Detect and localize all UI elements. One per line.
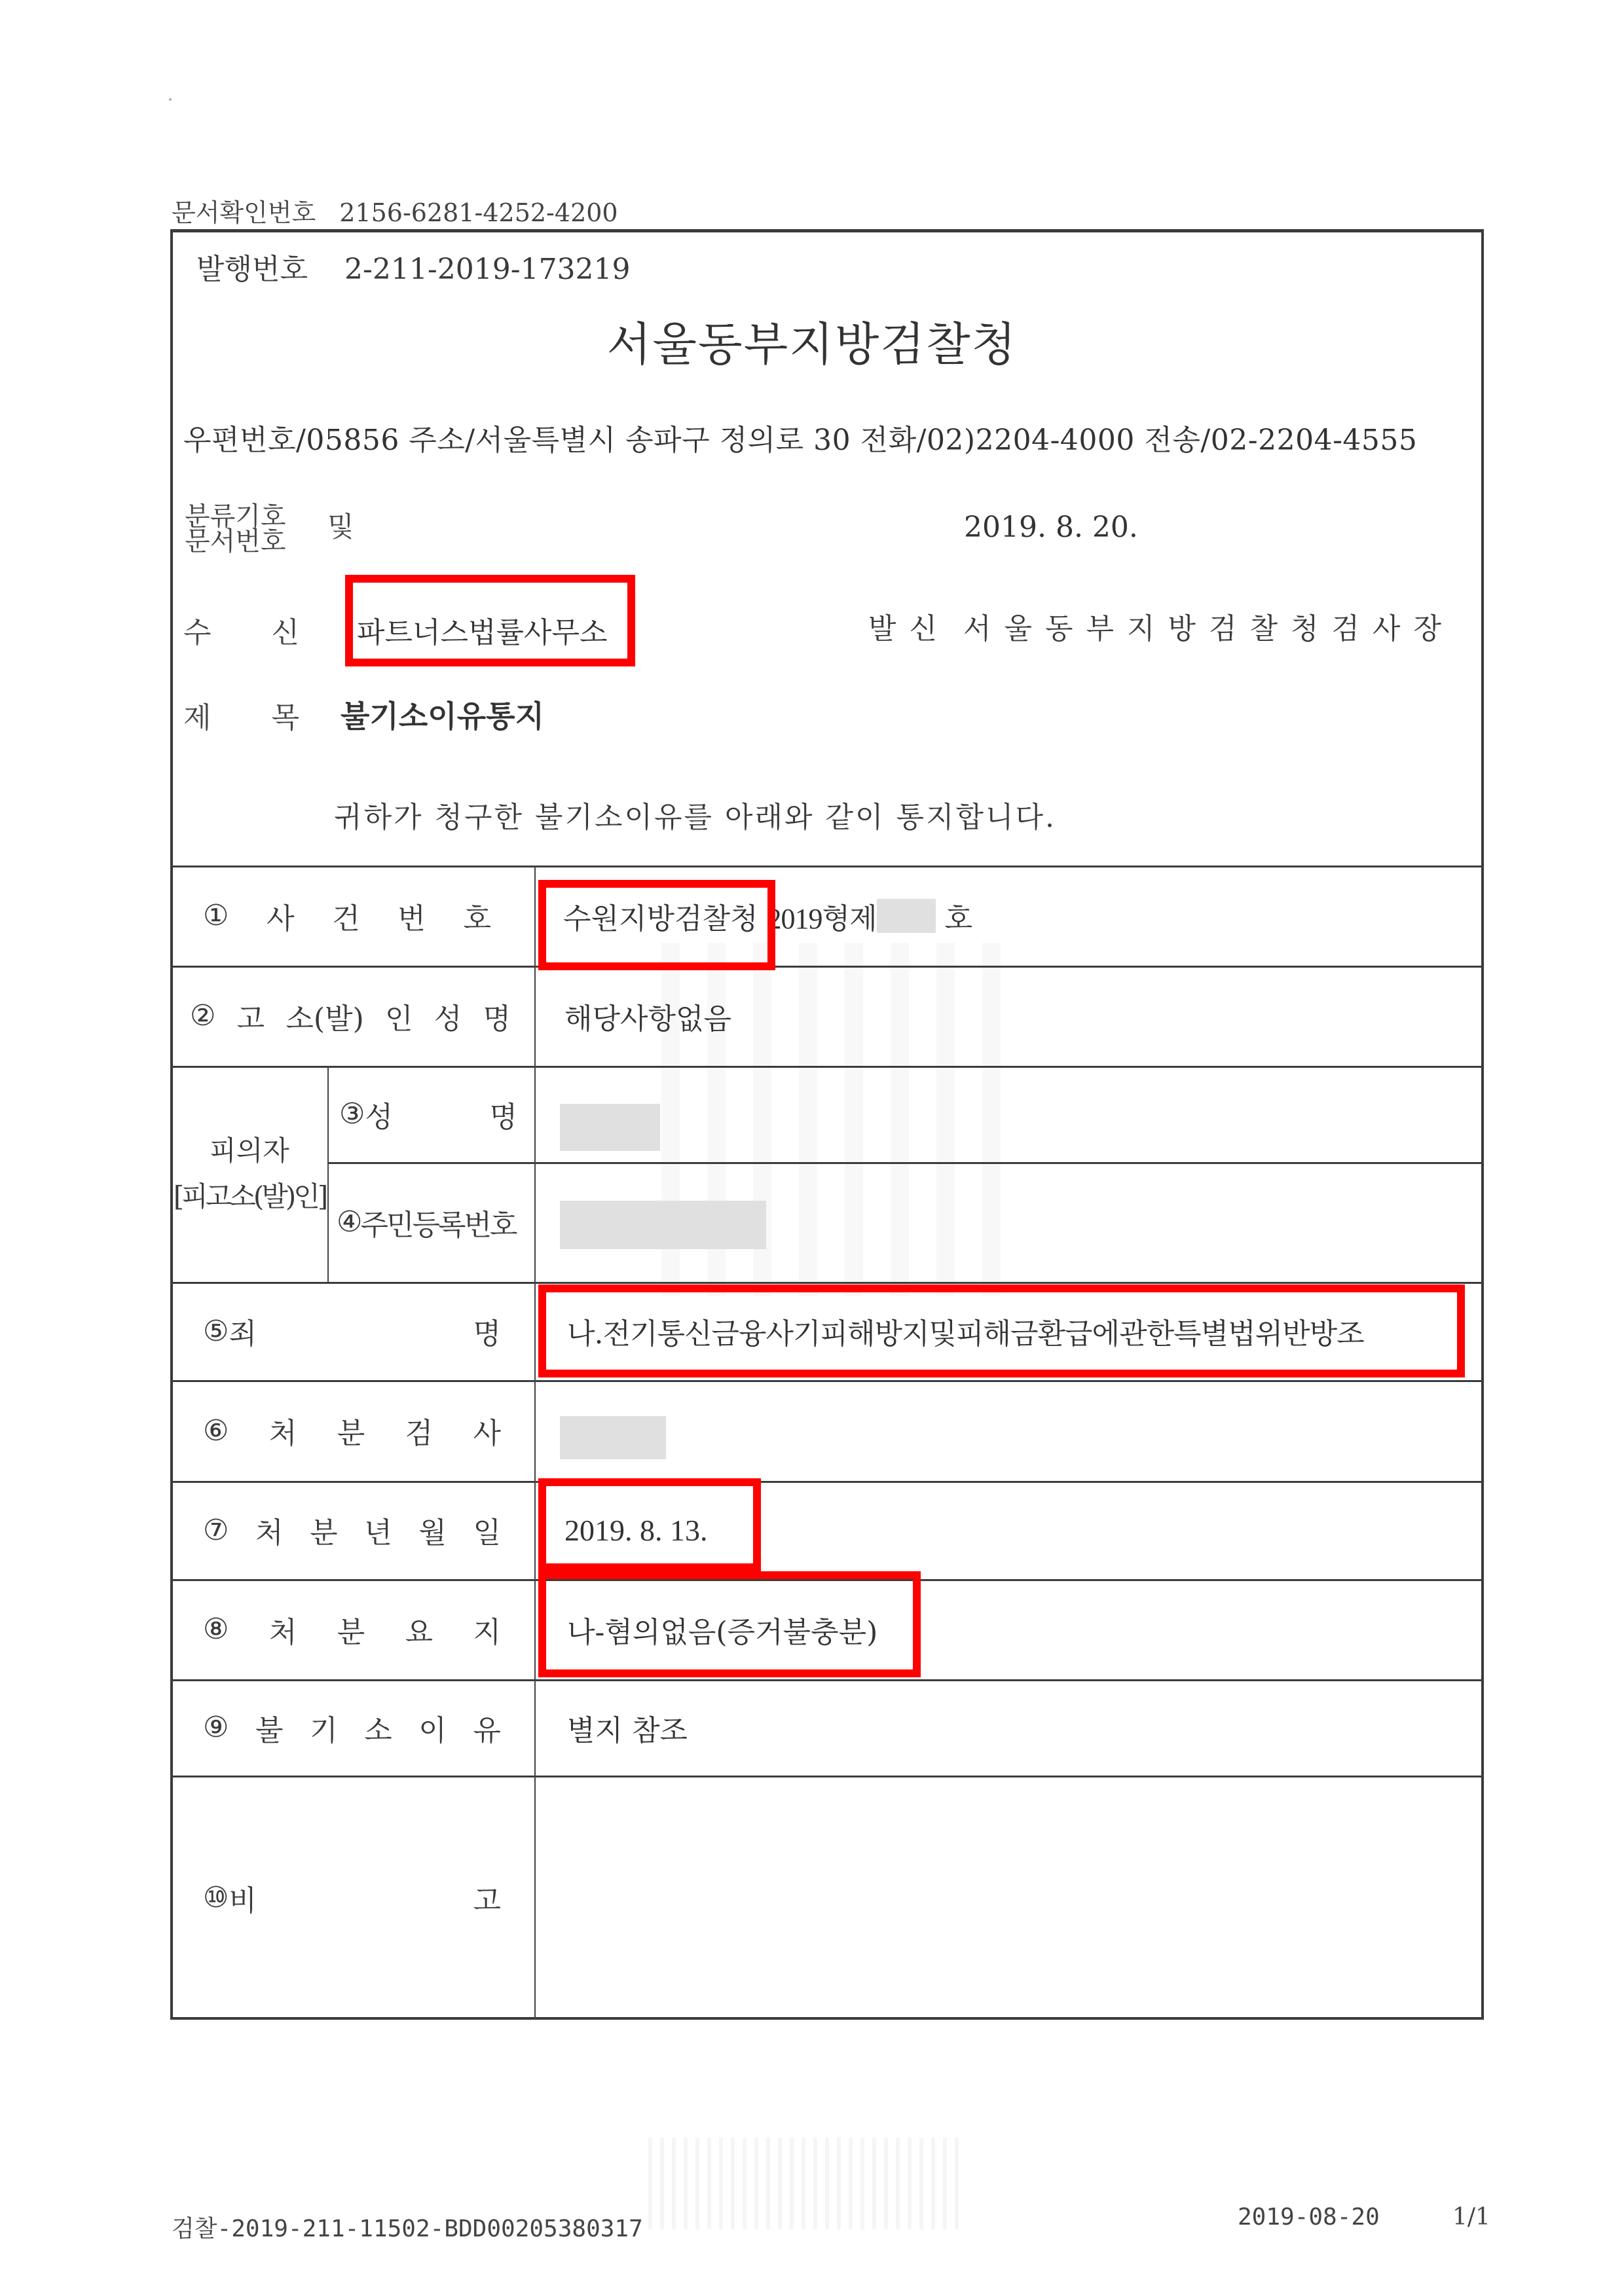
label-char: 불: [255, 1707, 284, 1749]
redacted-resident-number: [560, 1201, 766, 1249]
label-char: 분: [310, 1509, 338, 1551]
recipient-label: 수신: [183, 609, 299, 651]
label-char: 기: [310, 1707, 338, 1749]
sender-value: 서울동부지방검찰청검사장: [963, 612, 1454, 646]
label-char: 년: [364, 1509, 392, 1551]
subject-label-a: 제: [183, 701, 212, 735]
label-char: 분: [337, 1609, 365, 1650]
confirm-number: 2156-6281-4252-4200: [339, 198, 618, 227]
footer-page-number: 1/1: [1452, 2204, 1490, 2231]
label-char: 월: [418, 1509, 447, 1551]
redacted-prosecutor-name: [560, 1416, 666, 1459]
label-char: 호: [463, 895, 491, 937]
highlight-box-charge: [538, 1285, 1465, 1377]
label-char: 주민등록번호: [360, 1201, 515, 1243]
label-suspect-name: ③ 성 명: [339, 1066, 517, 1162]
label-char: 지: [473, 1609, 501, 1650]
label-char: 성: [434, 995, 462, 1037]
circled-number: ⑨: [203, 1711, 229, 1744]
highlight-box-date: [538, 1478, 761, 1571]
value-non-prosecution-reason: 별지 참조: [567, 1679, 688, 1776]
issue-number: 2-211-2019-173219: [344, 253, 631, 286]
sender-label: 발신: [868, 612, 950, 646]
footer-print-date: 2019-08-20: [1238, 2204, 1380, 2231]
circled-number: ②: [190, 999, 215, 1032]
suspect-label: 피의자: [210, 1128, 289, 1174]
highlight-box-recipient: [345, 575, 635, 666]
label-char: 명: [489, 1093, 517, 1135]
classification-and: 및: [327, 505, 354, 545]
subject-label: 제목: [183, 694, 299, 736]
subject-value: 불기소이유통지: [341, 693, 544, 736]
label-non-prosecution-reason: ⑨ 불 기 소 이 유: [203, 1679, 501, 1776]
recipient-label-a: 수: [183, 616, 212, 649]
label-char: 일: [473, 1509, 501, 1551]
circled-number: ⑦: [203, 1514, 229, 1547]
label-char: 죄: [229, 1310, 257, 1352]
label-char: 처: [255, 1509, 284, 1551]
label-char: 비: [229, 1877, 257, 1919]
highlight-box-disposition: [538, 1571, 921, 1677]
label-char: 사: [267, 895, 295, 937]
suspect-group-divider: [327, 1066, 329, 1282]
classification-label: 분류기호 문서번호: [185, 504, 286, 554]
label-char: 이: [418, 1707, 447, 1749]
circled-number: ⑤: [203, 1315, 229, 1348]
label-column-divider: [534, 866, 536, 2020]
subject-label-b: 목: [272, 701, 300, 735]
recipient-label-b: 신: [272, 616, 300, 649]
highlight-box-case-office: [538, 880, 775, 970]
label-resident-number: ④ 주민등록번호: [337, 1162, 533, 1282]
label-charge: ⑤ 죄 명: [203, 1282, 501, 1380]
suspect-group-label: 피의자 [피고소(발)인]: [172, 1066, 327, 1282]
circled-number: ⑧: [203, 1613, 229, 1646]
circled-number: ①: [203, 899, 229, 932]
label-disposition-summary: ⑧ 처 분 요 지: [203, 1579, 501, 1679]
document-date: 2019. 8. 20.: [964, 511, 1138, 544]
footer-document-code: 검찰-2019-211-11502-BDD00205380317: [172, 2210, 643, 2244]
label-char: 번: [397, 895, 426, 937]
label-char: 유: [473, 1707, 501, 1749]
label-disposition-date: ⑦ 처 분 년 월 일: [203, 1481, 501, 1579]
label-char: 처: [269, 1410, 297, 1451]
label-char: 성: [365, 1093, 393, 1135]
circled-number: ④: [337, 1205, 360, 1239]
label-prosecutor: ⑥ 처 분 검 사: [203, 1380, 501, 1481]
label-char: 명: [473, 1310, 501, 1352]
label-char: 소: [364, 1707, 392, 1749]
label-char: 건: [332, 895, 360, 937]
label-char: 소(발): [286, 995, 363, 1037]
redacted-case-number: [877, 899, 936, 933]
accused-label: [피고소(발)인]: [174, 1174, 325, 1220]
value-complainant-name: 해당사항없음: [564, 966, 731, 1066]
agency-title: 서울동부지방검찰청: [0, 308, 1624, 374]
circled-number: ⑥: [203, 1414, 229, 1448]
sender-line: 발신서울동부지방검찰청검사장: [868, 605, 1454, 647]
redacted-suspect-name: [560, 1104, 660, 1151]
circled-number: ⑩: [203, 1881, 229, 1914]
classification-label-line2: 문서번호: [185, 529, 286, 554]
label-char: 처: [269, 1609, 297, 1650]
watermark-seal: [648, 2138, 963, 2229]
intro-sentence: 귀하가 청구한 불기소이유를 아래와 같이 통지합니다.: [334, 793, 1056, 835]
confirm-label: 문서확인번호: [172, 198, 316, 227]
issue-number-line: 발행번호2-211-2019-173219: [196, 246, 631, 287]
case-number-suffix: 호: [945, 895, 973, 937]
label-char: 고: [237, 995, 265, 1037]
label-char: 인: [385, 995, 413, 1037]
label-complainant-name: ② 고 소(발) 인 성 명: [190, 966, 511, 1066]
label-char: 요: [405, 1609, 434, 1650]
label-char: 사: [473, 1410, 501, 1451]
label-char: 검: [405, 1410, 434, 1451]
label-char: 고: [473, 1877, 501, 1919]
case-number-text: 2019형제: [767, 895, 877, 937]
scan-speck: [169, 98, 172, 101]
document-confirmation-number: 문서확인번호2156-6281-4252-4200: [172, 192, 618, 228]
address-line: 우편번호/05856 주소/서울특별시 송파구 정의로 30 전화/02)220…: [183, 416, 1417, 458]
label-char: 명: [483, 995, 511, 1037]
label-char: 분: [337, 1410, 365, 1451]
label-remarks: ⑩ 비 고: [203, 1776, 501, 2020]
classification-label-line1: 분류기호: [185, 504, 286, 529]
circled-number: ③: [339, 1097, 365, 1131]
label-case-number: ① 사 건 번 호: [203, 866, 491, 966]
issue-label: 발행번호: [196, 253, 308, 286]
